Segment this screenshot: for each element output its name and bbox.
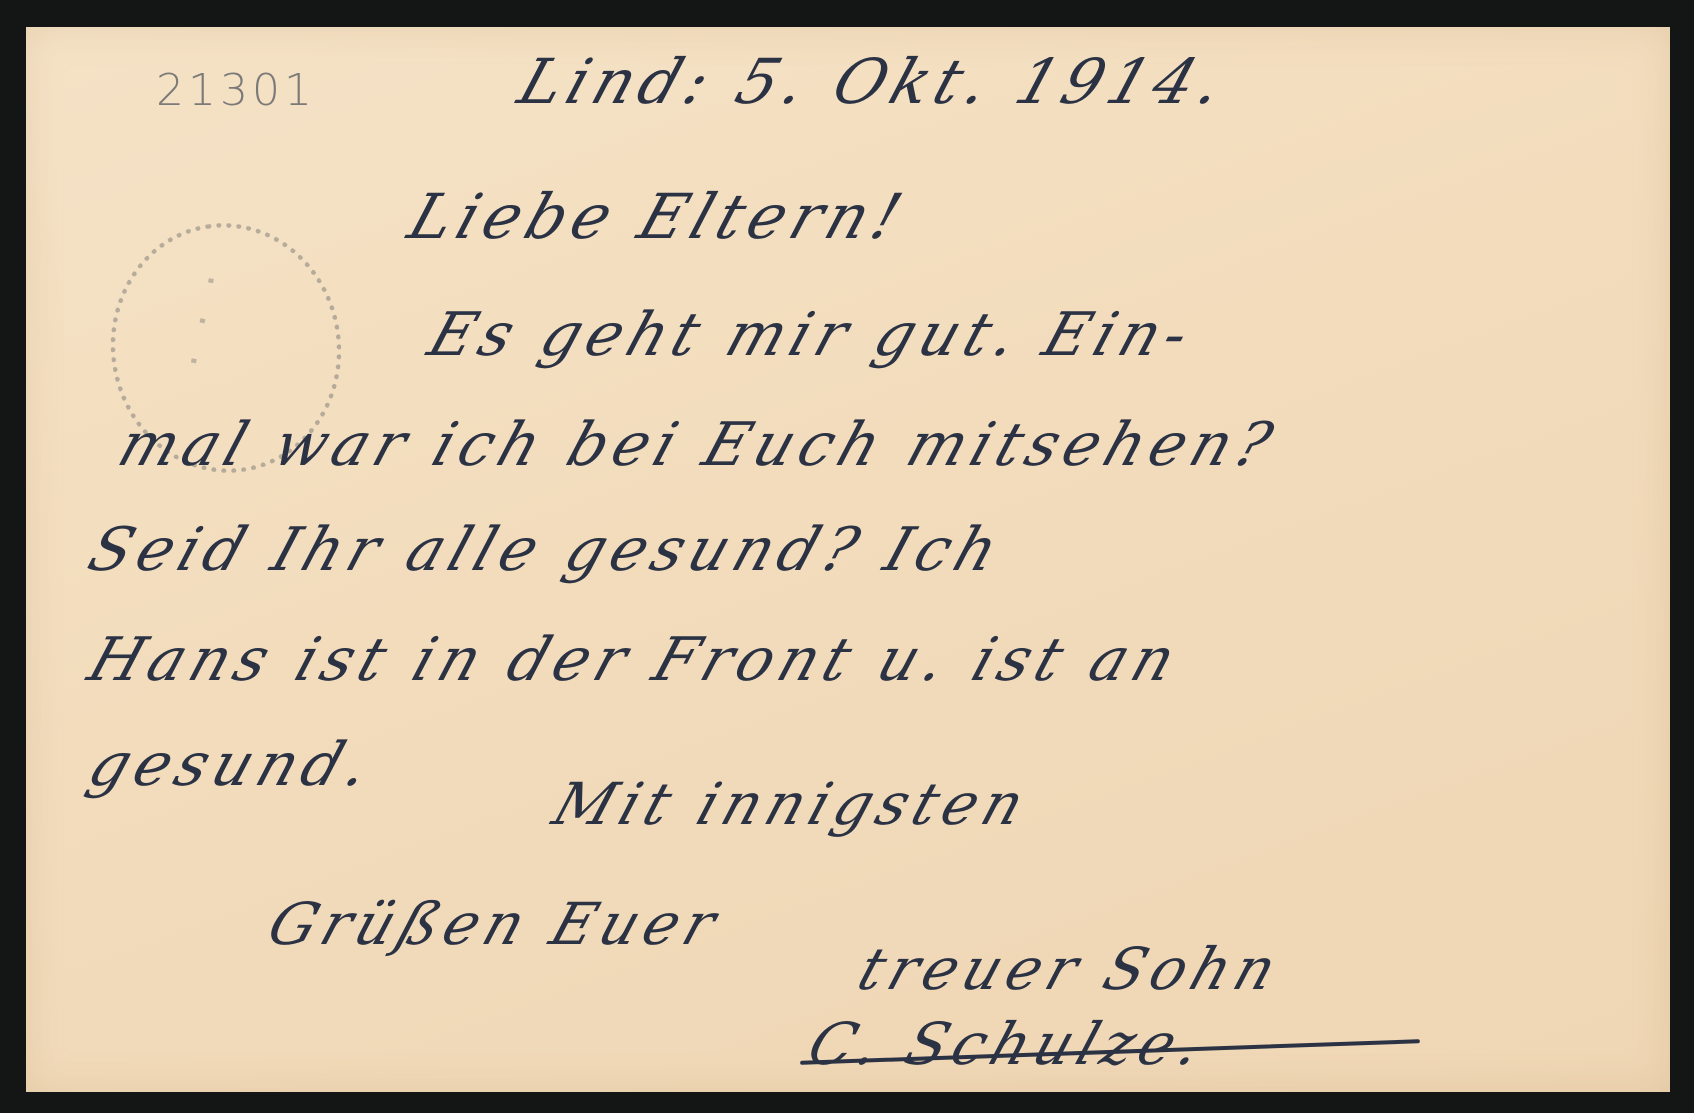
signature: C. Schulze. <box>800 1010 1216 1078</box>
closing-line-2: Grüßen Euer <box>260 890 730 958</box>
archive-number: 21301 <box>156 65 316 116</box>
closing-line-1: Mit innigsten <box>545 770 1038 838</box>
salutation: Liebe Eltern! <box>400 180 917 253</box>
closing-line-3: treuer Sohn <box>850 935 1291 1003</box>
letter-line-2: mal war ich bei Euch mitsehen? <box>110 410 1286 480</box>
letter-line-5: gesund. <box>80 730 384 800</box>
letter-line-3: Seid Ihr alle gesund? Ich <box>80 515 1012 585</box>
place-date: Lind: 5. Okt. 1914. <box>510 45 1238 118</box>
letter-line-4: Hans ist in der Front u. ist an <box>80 625 1190 695</box>
postmark-stamp-text: · · · <box>173 267 233 375</box>
letter-line-1: Es geht mir gut. Ein- <box>420 300 1203 370</box>
